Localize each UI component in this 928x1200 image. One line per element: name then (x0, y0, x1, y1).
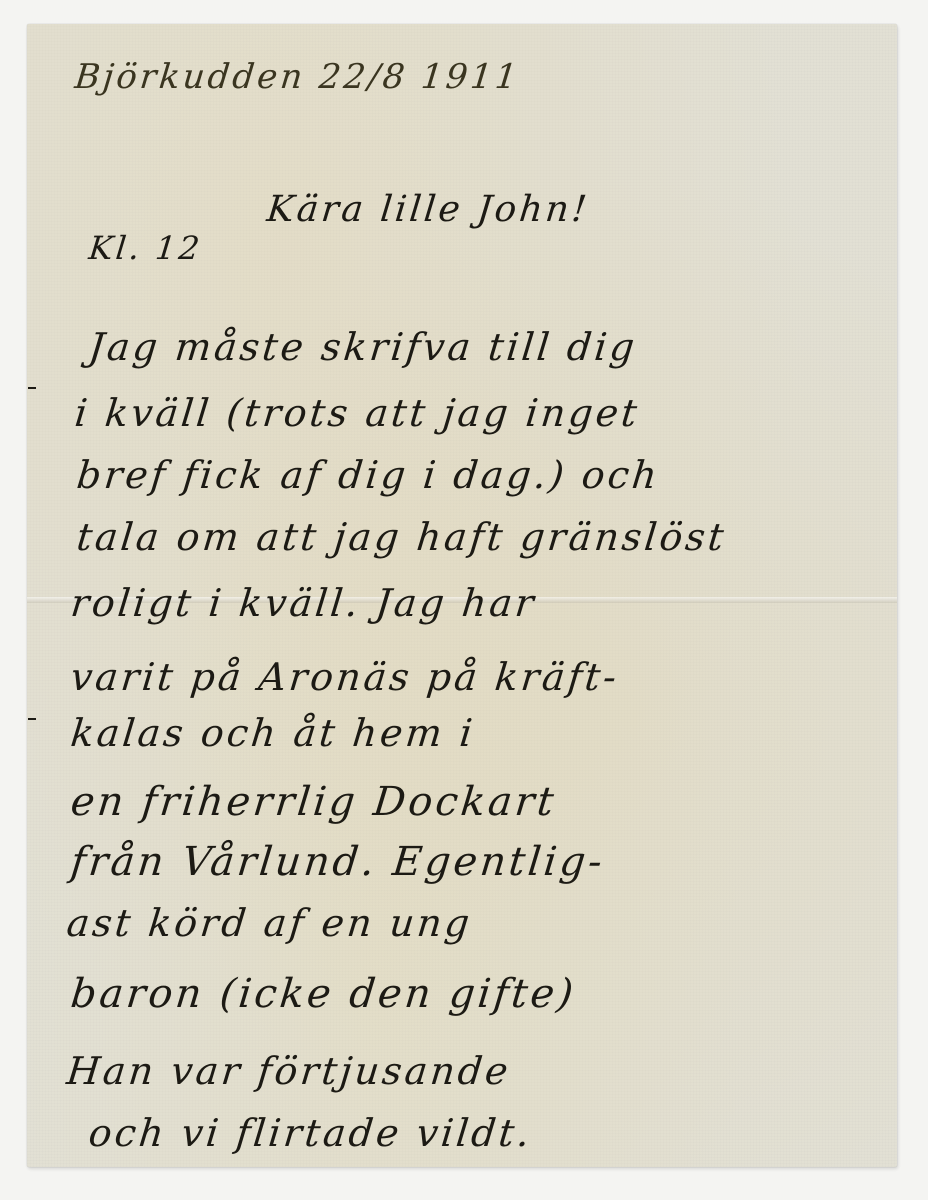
body-line: en friherrlig Dockart (69, 782, 559, 822)
margin-mark (28, 718, 36, 720)
margin-mark (28, 387, 36, 389)
body-line: varit på Aronäs på kräft- (69, 658, 621, 696)
body-line: bref fick af dig i dag.) och (75, 456, 662, 494)
body-line: i kväll (trots att jag inget (73, 394, 642, 432)
body-line: kalas och åt hem i (69, 714, 477, 752)
body-line: från Vårlund. Egentlig- (69, 842, 607, 882)
body-line: baron (icke den gifte) (69, 974, 578, 1014)
time-note: Kl. 12 (87, 232, 204, 264)
body-line: roligt i kväll. Jag har (69, 584, 538, 622)
body-line: ast körd af en ung (65, 904, 474, 942)
body-line: tala om att jag haft gränslöst (75, 518, 728, 556)
place-date-heading: Björkudden 22/8 1911 (73, 60, 521, 94)
letter-page: Björkudden 22/8 1911 Kära lille John! Kl… (27, 24, 897, 1167)
body-line: Jag måste skrifva till dig (87, 328, 639, 366)
body-line: och vi flirtade vildt. (87, 1114, 534, 1152)
body-line: Han var förtjusande (65, 1052, 513, 1090)
greeting: Kära lille John! (265, 192, 591, 228)
